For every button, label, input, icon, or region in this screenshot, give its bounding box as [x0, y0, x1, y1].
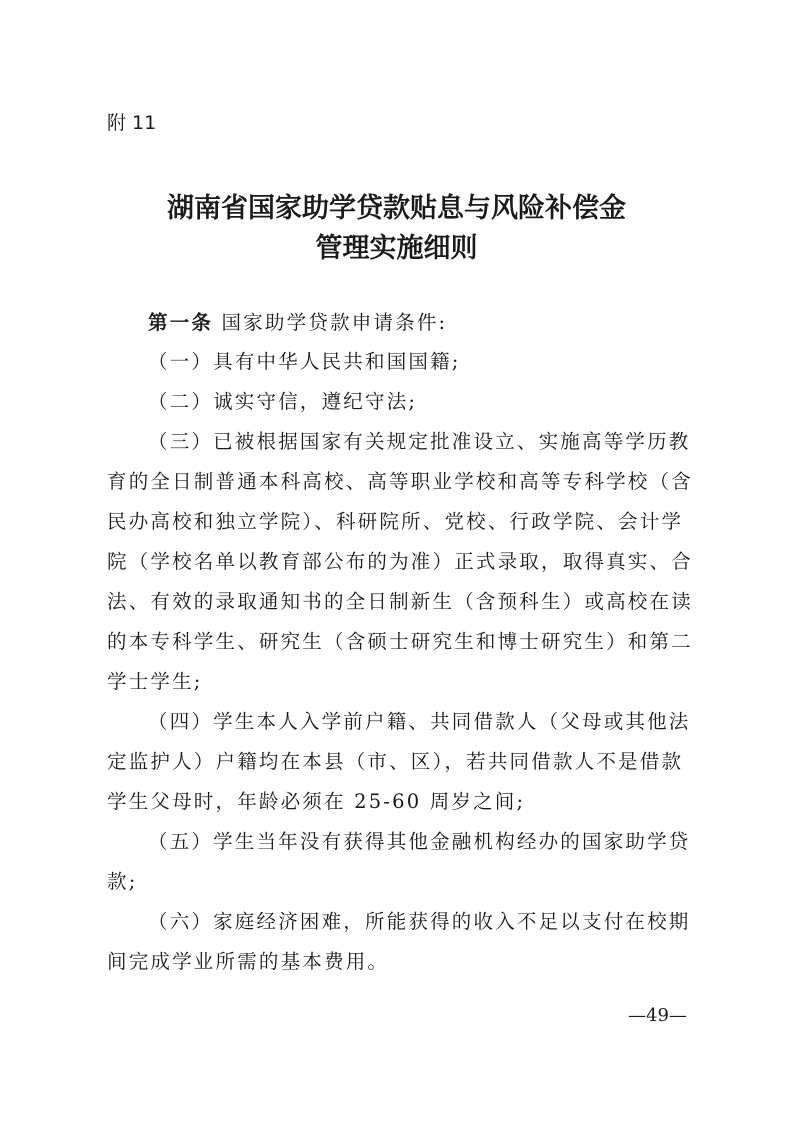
clause-3-line-4: 院（学校名单以教育部公布的为准）正式录取，取得真实、合	[107, 549, 687, 575]
clause-5-line-1: （五）学生当年没有获得其他金融机构经办的国家助学贷	[148, 829, 728, 855]
clause-3-line-1: （三）已被根据国家有关规定批准设立、实施高等学历教	[148, 429, 728, 455]
clause-6-line-2: 间完成学业所需的基本费用。	[107, 949, 687, 975]
clause-4-line-1: （四）学生本人入学前户籍、共同借款人（父母或其他法	[148, 709, 728, 735]
clause-3-line-2: 育的全日制普通本科高校、高等职业学校和高等专科学校（含	[107, 469, 687, 495]
document-title-line1: 湖南省国家助学贷款贴息与风险补偿金	[0, 186, 793, 225]
clause-5-line-2: 款;	[107, 869, 687, 895]
page-number: —49—	[628, 1005, 687, 1026]
clause-4-line-3: 学生父母时，年龄必须在 25-60 周岁之间;	[107, 789, 687, 815]
article-heading: 第一条	[148, 311, 213, 334]
clause-3-line-5: 法、有效的录取通知书的全日制新生（含预科生）或高校在读	[107, 589, 687, 615]
clause-2: （二）诚实守信，遵纪守法;	[148, 389, 728, 415]
article-intro: 国家助学贷款申请条件:	[222, 311, 448, 334]
document-title-line2: 管理实施细则	[0, 226, 793, 265]
clause-6-line-1: （六）家庭经济困难，所能获得的收入不足以支付在校期	[148, 909, 728, 935]
attachment-label: 附 11	[107, 108, 156, 135]
clause-4-line-2: 定监护人）户籍均在本县（市、区），若共同借款人不是借款	[107, 749, 687, 775]
article-1-heading-line: 第一条 国家助学贷款申请条件:	[148, 310, 728, 336]
clause-1: （一）具有中华人民共和国国籍;	[148, 349, 728, 375]
clause-3-line-3: 民办高校和独立学院）、科研院所、党校、行政学院、会计学	[107, 509, 687, 535]
clause-3-line-7: 学士学生;	[107, 669, 687, 695]
clause-3-line-6: 的本专科学生、研究生（含硕士研究生和博士研究生）和第二	[107, 629, 687, 655]
